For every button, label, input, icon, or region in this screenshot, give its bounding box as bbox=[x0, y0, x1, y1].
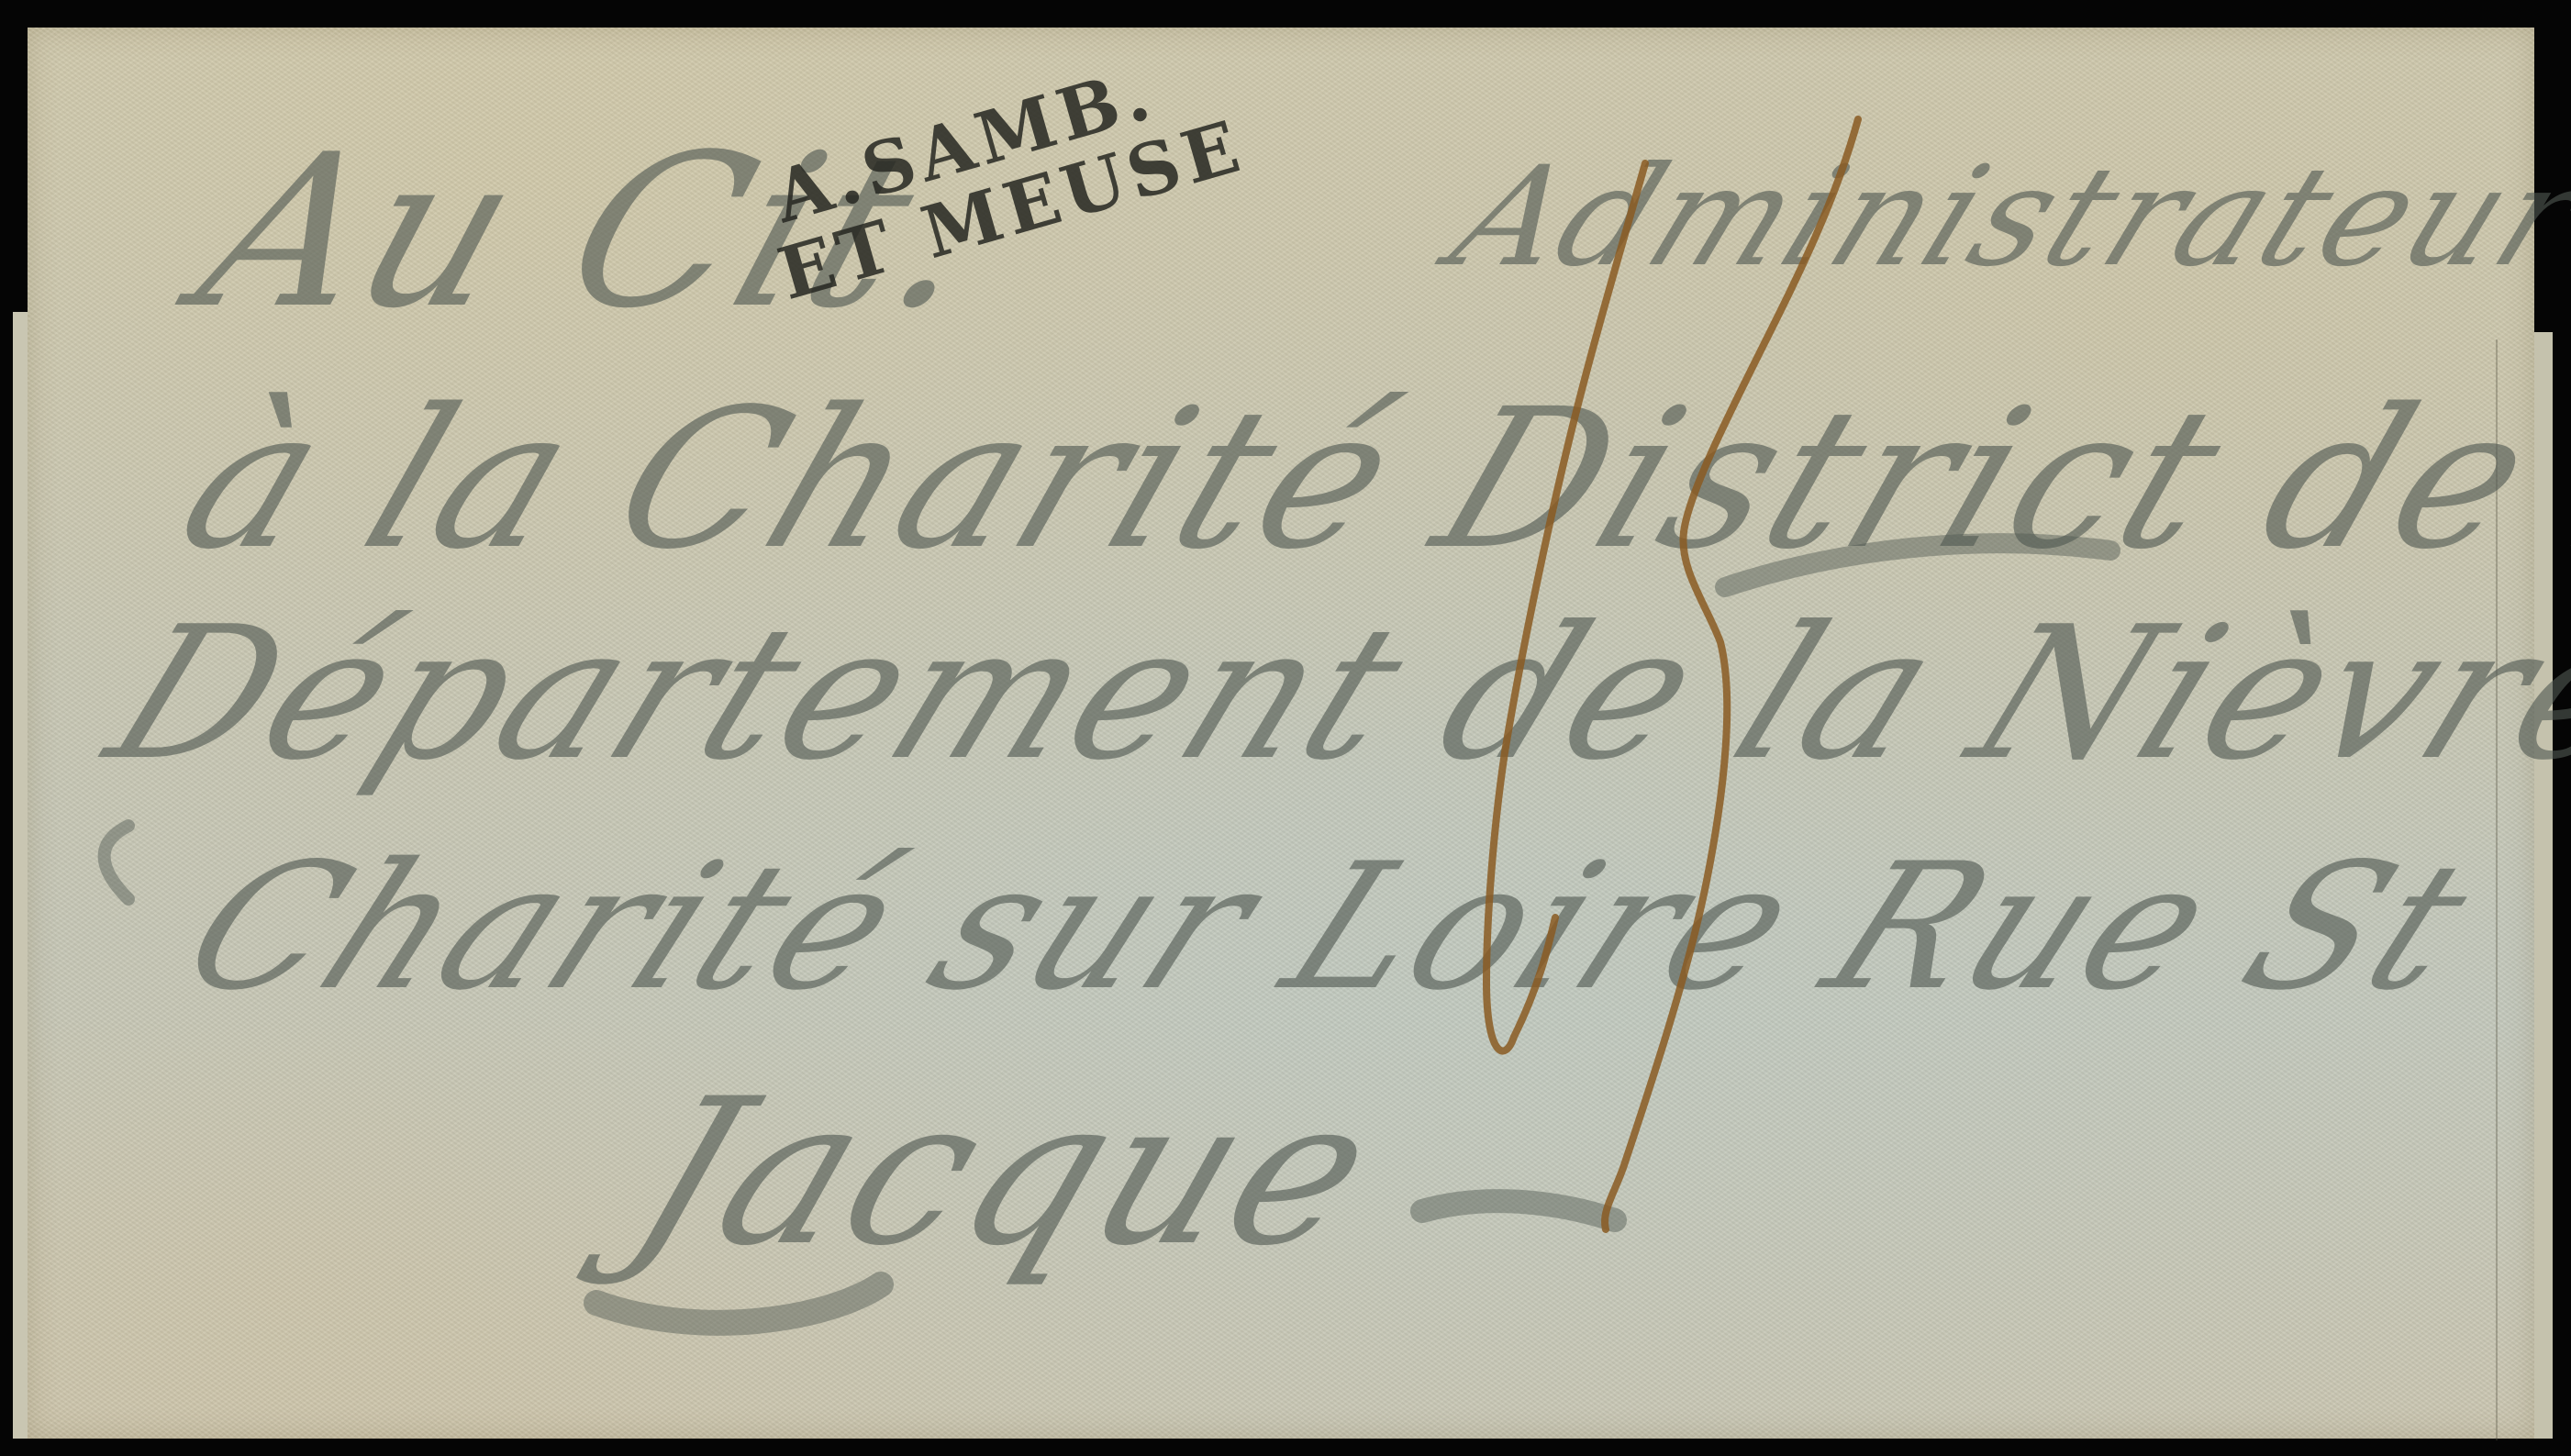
pen-flourishes bbox=[0, 0, 2571, 1456]
